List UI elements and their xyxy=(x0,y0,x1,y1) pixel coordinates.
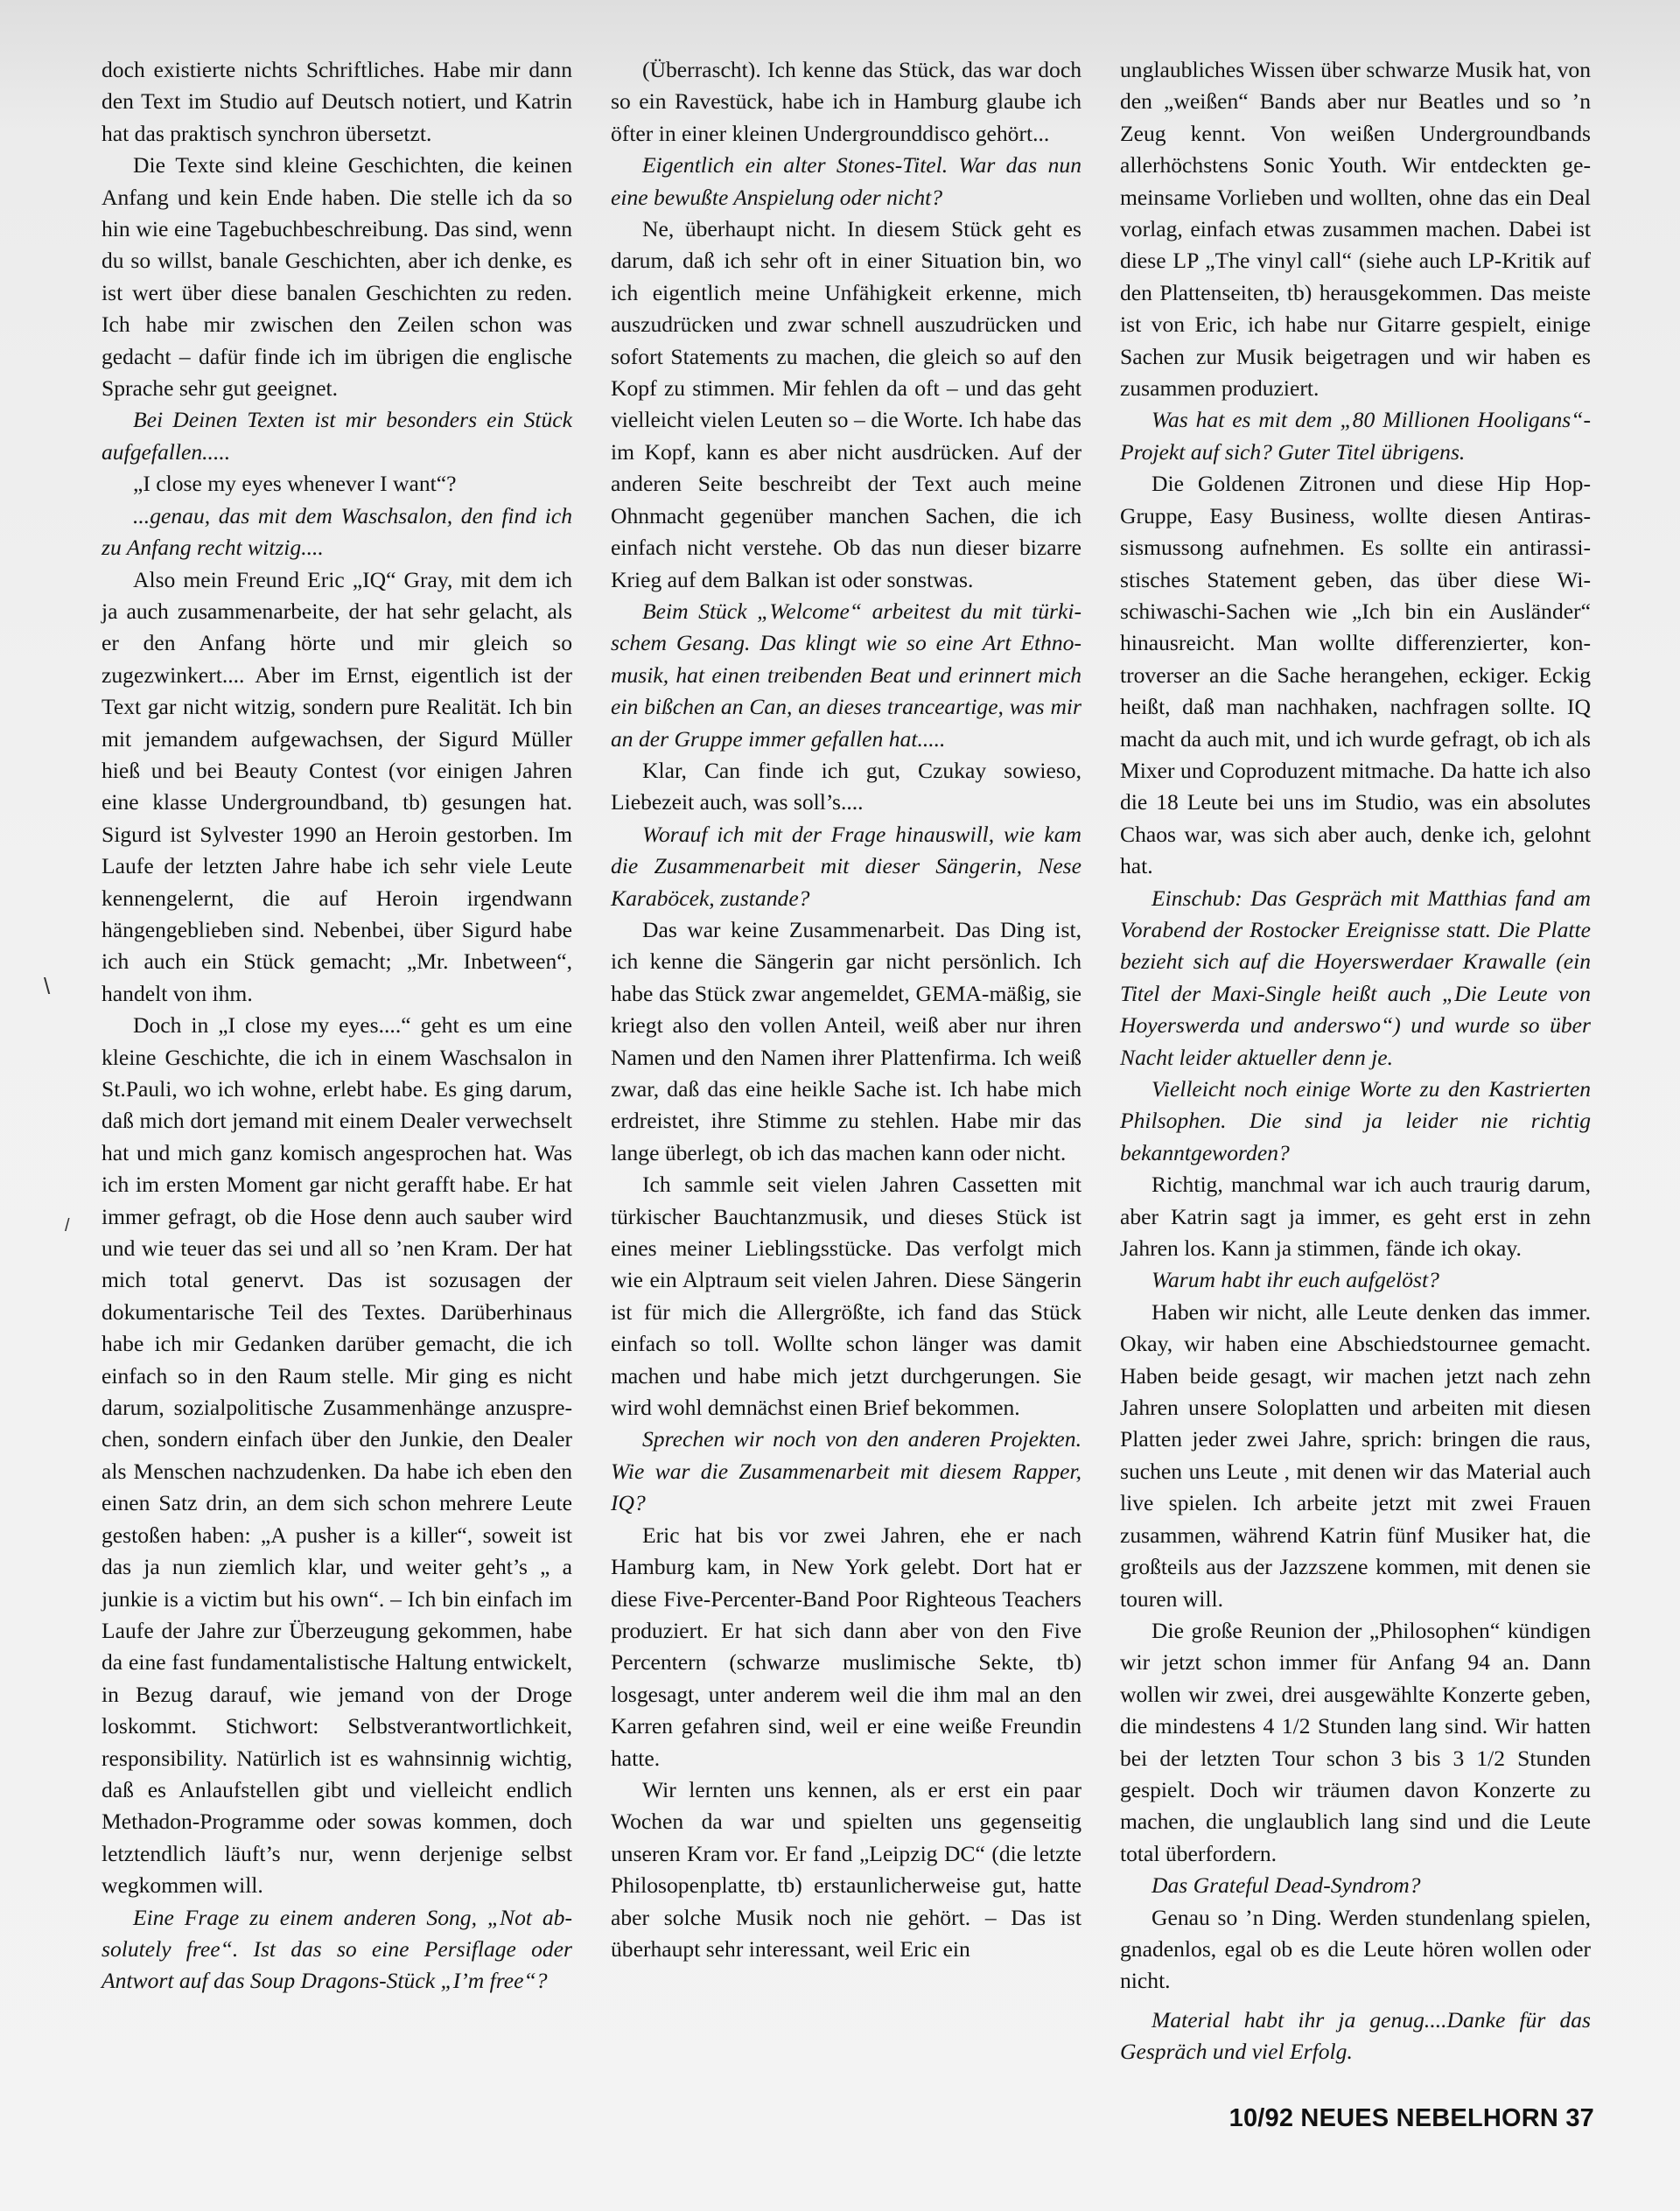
scan-mark: / xyxy=(65,1216,70,1236)
question-paragraph: Vielleicht noch einige Worte zu den Ka­s… xyxy=(1120,1074,1591,1169)
answer-paragraph: doch existierte nichts Schriftliches. Ha… xyxy=(101,54,572,150)
question-paragraph: Warum habt ihr euch aufgelöst? xyxy=(1120,1264,1591,1296)
scan-mark: \ xyxy=(44,973,50,1000)
question-paragraph: Eine Frage zu einem anderen Song, „Not a… xyxy=(101,1902,572,1998)
page-footer: 10/92 NEUES NEBELHORN 37 xyxy=(1137,2104,1594,2133)
question-paragraph: Worauf ich mit der Frage hinauswill, wie… xyxy=(611,819,1081,914)
answer-paragraph: (Überrascht). Ich kenne das Stück, das w… xyxy=(611,54,1081,150)
question-paragraph: Das Grateful Dead-Syndrom? xyxy=(1120,1870,1591,1901)
answer-paragraph: Die Texte sind kleine Geschichten, die k… xyxy=(101,150,572,404)
magazine-page: doch existierte nichts Schriftliches. Ha… xyxy=(0,0,1680,2211)
question-paragraph: Beim Stück „Welcome“ arbeitest du mit tü… xyxy=(611,596,1081,755)
answer-paragraph: Richtig, manchmal war ich auch traurig d… xyxy=(1120,1169,1591,1264)
answer-paragraph: Ne, überhaupt nicht. In diesem Stück geh… xyxy=(611,213,1081,596)
answer-paragraph: „I close my eyes whenever I want“? xyxy=(101,468,572,500)
answer-paragraph: Das war keine Zusammenarbeit. Das Ding i… xyxy=(611,914,1081,1169)
answer-paragraph: Die große Reunion der „Philosophen“ kün­… xyxy=(1120,1615,1591,1870)
answer-paragraph: Wir lernten uns kennen, als er erst ein … xyxy=(611,1774,1081,1965)
article-body: doch existierte nichts Schriftliches. Ha… xyxy=(101,54,1599,2068)
column-2: (Überrascht). Ich kenne das Stück, das w… xyxy=(611,54,1081,2068)
question-paragraph: Bei Deinen Texten ist mir besonders ein … xyxy=(101,404,572,468)
answer-paragraph: Die Goldenen Zitronen und diese Hip Hop-… xyxy=(1120,468,1591,882)
question-paragraph: Was hat es mit dem „80 Millionen Hooli­g… xyxy=(1120,404,1591,468)
column-3: unglaubliches Wissen über schwarze Musik… xyxy=(1120,54,1591,2068)
question-paragraph: Material habt ihr ja genug....Danke für … xyxy=(1120,2005,1591,2068)
answer-paragraph: unglaubliches Wissen über schwarze Musik… xyxy=(1120,54,1591,404)
answer-paragraph: Klar, Can finde ich gut, Czukay sowieso,… xyxy=(611,755,1081,819)
question-paragraph: Sprechen wir noch von den anderen Projek… xyxy=(611,1424,1081,1519)
answer-paragraph: Doch in „I close my eyes....“ geht es um… xyxy=(101,1010,572,1901)
answer-paragraph: Ich sammle seit vielen Jahren Cassetten … xyxy=(611,1169,1081,1424)
answer-paragraph: Haben wir nicht, alle Leute denken das i… xyxy=(1120,1297,1591,1615)
question-paragraph: Eigentlich ein alter Stones-Titel. War d… xyxy=(611,150,1081,213)
answer-paragraph: Eric hat bis vor zwei Jahren, ehe er nac… xyxy=(611,1520,1081,1774)
question-paragraph: ...genau, das mit dem Waschsalon, den fi… xyxy=(101,500,572,564)
answer-paragraph: Also mein Freund Eric „IQ“ Gray, mit dem… xyxy=(101,564,572,1011)
column-1: doch existierte nichts Schriftliches. Ha… xyxy=(101,54,572,2068)
answer-paragraph: Genau so ’n Ding. Werden stundenlang spi… xyxy=(1120,1902,1591,1998)
question-paragraph: Einschub: Das Gespräch mit Matthias fand… xyxy=(1120,883,1591,1074)
